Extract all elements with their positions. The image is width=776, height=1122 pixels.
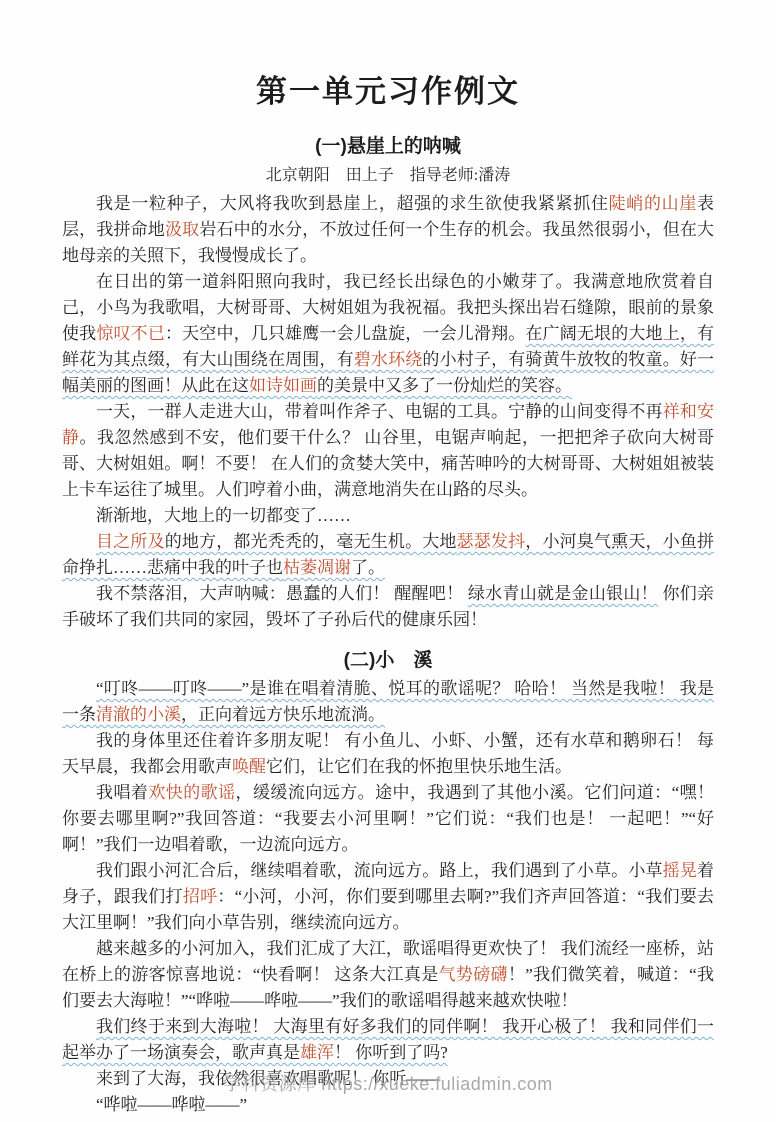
text-segment: 我不禁落泪，大声呐喊：愚蠢的人们！ 醒醒吧！ bbox=[96, 584, 468, 603]
page-title: 第一单元习作例文 bbox=[62, 66, 714, 111]
highlighted-phrase: 陡峭的山崖 bbox=[609, 194, 697, 213]
author-byline: 北京朝阳 田上子 指导老师:潘涛 bbox=[62, 162, 714, 185]
paragraph: 我是一粒种子，大风将我吹到悬崖上，超强的求生欲使我紧紧抓住陡峭的山崖表层，我拼命… bbox=[62, 191, 714, 269]
paragraph: 目之所及的地方，都光秃秃的，毫无生机。大地瑟瑟发抖，小河臭气熏天，小鱼拼命挣扎…… bbox=[62, 529, 714, 581]
highlighted-phrase: 招呼 bbox=[183, 887, 218, 906]
highlighted-phrase: 汲取 bbox=[165, 220, 199, 239]
paragraph: 一天，一群人走进大山，带着叫作斧子、电锯的工具。宁静的山间变得不再祥和安静。我忽… bbox=[62, 399, 714, 503]
paragraph: “叮咚——叮咚——”是谁在唱着清脆、悦耳的歌谣呢？ 哈哈！ 当然是我啦！ 我是一… bbox=[62, 676, 714, 728]
essay-section: (一)悬崖上的呐喊北京朝阳 田上子 指导老师:潘涛我是一粒种子，大风将我吹到悬崖… bbox=[62, 131, 714, 633]
text-segment: 我们跟小河汇合后，继续唱着歌，流向远方。路上，我们遇到了小草。小草 bbox=[96, 861, 663, 880]
paragraph: 在日出的第一道斜阳照向我时，我已经长出绿色的小嫩芽了。我满意地欣赏着自己，小鸟为… bbox=[62, 269, 714, 399]
essay-section: (二)小 溪“叮咚——叮咚——”是谁在唱着清脆、悦耳的歌谣呢？ 哈哈！ 当然是我… bbox=[62, 645, 714, 1118]
paragraph: 我们终于来到大海啦！ 大海里有好多我们的同伴啊！ 我开心极了！ 我和同伴们一起举… bbox=[62, 1014, 714, 1066]
scanned-page: 第一单元习作例文 (一)悬崖上的呐喊北京朝阳 田上子 指导老师:潘涛我是一粒种子… bbox=[0, 0, 776, 1122]
highlighted-underlined-phrase: 清澈的小溪 bbox=[96, 705, 181, 724]
text-segment: 我唱着 bbox=[96, 783, 148, 802]
footer-watermark: 学科资源库 https://xueke.fuliadmin.com bbox=[0, 1070, 776, 1096]
text-segment: “哗啦——哗啦——” bbox=[96, 1095, 247, 1114]
text-segment: 。我忽然感到不安，他们要干什么？ 山谷里，电锯声响起，一把把斧子砍向大树哥哥、大… bbox=[62, 428, 714, 499]
document-body: (一)悬崖上的呐喊北京朝阳 田上子 指导老师:潘涛我是一粒种子，大风将我吹到悬崖… bbox=[62, 131, 714, 1118]
paragraph: 我不禁落泪，大声呐喊：愚蠢的人们！ 醒醒吧！ 绿水青山就是金山银山！ 你们亲手破… bbox=[62, 581, 714, 633]
highlighted-underlined-phrase: 枯萎凋谢 bbox=[283, 558, 351, 577]
underlined-phrase: 的地方，都光秃秃的，毫无生机。大地 bbox=[165, 532, 457, 551]
underlined-phrase: ！ 你听到了吗? bbox=[334, 1043, 448, 1062]
highlighted-underlined-phrase: 目之所及 bbox=[96, 532, 165, 551]
text-segment: 它们，让它们在我的怀抱里快乐地生活。 bbox=[266, 757, 572, 776]
section-heading: (二)小 溪 bbox=[62, 645, 714, 672]
highlighted-underlined-phrase: 如诗如画 bbox=[249, 376, 317, 395]
paragraph: 越来越多的小河加入，我们汇成了大江，歌谣唱得更欢快了！ 我们流经一座桥，站在桥上… bbox=[62, 936, 714, 1014]
paragraph: 渐渐地，大地上的一切都变了…… bbox=[62, 503, 714, 529]
underlined-phrase: ，正向着远方快乐地流淌。 bbox=[181, 705, 385, 724]
underlined-phrase: 了。 bbox=[351, 558, 385, 577]
highlighted-phrase: 唤醒 bbox=[232, 757, 266, 776]
paragraph: 我唱着欢快的歌谣，缓缓流向远方。途中，我遇到了其他小溪。它们问道：“嘿！ 你要去… bbox=[62, 780, 714, 858]
underlined-phrase: 绿水青山就是金山银山！ bbox=[468, 584, 658, 603]
text-segment: 我是一粒种子，大风将我吹到悬崖上，超强的求生欲使我紧紧抓住 bbox=[96, 194, 609, 213]
highlighted-phrase: 惊叹不已 bbox=[96, 324, 165, 343]
highlighted-phrase: 摇晃 bbox=[663, 861, 697, 880]
highlighted-underlined-phrase: 碧水环绕 bbox=[354, 350, 423, 369]
text-segment: 一天，一群人走进大山，带着叫作斧子、电锯的工具。宁静的山间变得不再 bbox=[96, 402, 663, 421]
section-heading: (一)悬崖上的呐喊 bbox=[62, 131, 714, 158]
paragraph: 我们跟小河汇合后，继续唱着歌，流向远方。路上，我们遇到了小草。小草摇晃着身子，跟… bbox=[62, 858, 714, 936]
text-segment: ：天空中，几只雄鹰一会儿盘旋，一会儿滑翔。 bbox=[165, 324, 525, 343]
underlined-phrase: 的美景中又多了一份灿烂的笑容。 bbox=[317, 376, 572, 395]
text-segment: 渐渐地，大地上的一切都变了…… bbox=[96, 506, 351, 525]
highlighted-underlined-phrase: 瑟瑟发抖 bbox=[457, 532, 526, 551]
highlighted-underlined-phrase: 雄浑 bbox=[300, 1043, 334, 1062]
paragraph: 我的身体里还住着许多朋友呢！ 有小鱼儿、小虾、小蟹，还有水草和鹅卵石！ 每天早晨… bbox=[62, 728, 714, 780]
highlighted-phrase: 气势磅礴 bbox=[439, 965, 508, 984]
highlighted-phrase: 欢快的歌谣 bbox=[148, 783, 235, 802]
